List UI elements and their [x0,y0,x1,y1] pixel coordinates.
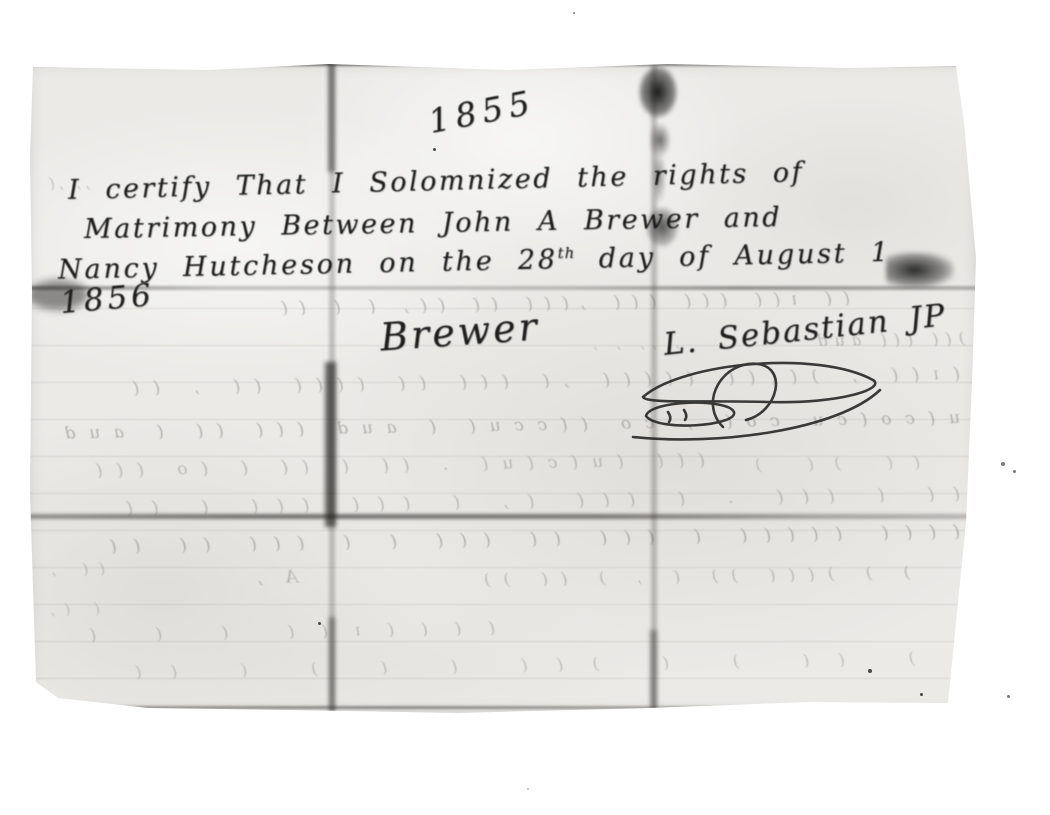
scan-dust [573,12,575,14]
ink-speck [433,148,436,151]
certificate-line-3: Nancy Hutcheson on the 28th day of Augus… [58,237,891,285]
ink-speck [318,622,321,625]
certificate-line-1: I certify That I Solomnized the rights o… [68,157,805,206]
scan-dust [1001,462,1005,466]
bleedthrough-marks: A, [238,566,298,588]
line-3-text-continued: day of August 1 [575,237,891,275]
bleedthrough-marks: ((( (u(c(u( . (( ( (( ( (o ((( [45,450,705,482]
paper-top-edge-shadow [30,62,960,66]
certificate-paper: ,, ,((( ı(( ((( ((( ,((( (( ((, ( ( ((, … [28,62,978,714]
bleedthrough-marks: (( , [30,559,105,578]
bleedthrough-marks: ) (( ) ( )(( ( ( ) ( (( [55,648,915,682]
year-heading: 1855 [425,82,538,141]
paper-bottom-edge-shadow [32,706,952,709]
bleedthrough-marks: ( (, [30,599,100,618]
scanned-document-page: ,, ,((( ı(( ((( ((( ,((( (( ((, ( ( ((, … [0,0,1050,815]
bleedthrough-marks: (( )( ) [720,452,920,474]
vertical-fold-left-top-stain [328,62,335,172]
scan-dust [1013,470,1016,473]
bleedthrough-marks: (( ( ((( . ( ((( (, ( ((( ((( ( (( [45,484,960,520]
ink-smudge-over-year [886,252,954,288]
bleedthrough-marks: (((( ((((( ( ((( (( ((( ( ( ((( (( (( [30,522,960,558]
year-footer: 1856 [59,277,157,321]
scan-dust [1007,695,1010,698]
signature-flourish [628,342,898,447]
certificate-line-2: Matrimony Between John A Brewer and [84,202,782,245]
ink-speck [868,669,872,673]
ink-speck [920,693,923,696]
bleedthrough-marks: ) ) )((( )) ( , ) (( )) [420,563,910,591]
scan-dust [527,788,529,790]
ordinal-suffix: th [557,244,575,262]
bleedthrough-marks: ((((ı(( ( ( ( [35,618,495,645]
